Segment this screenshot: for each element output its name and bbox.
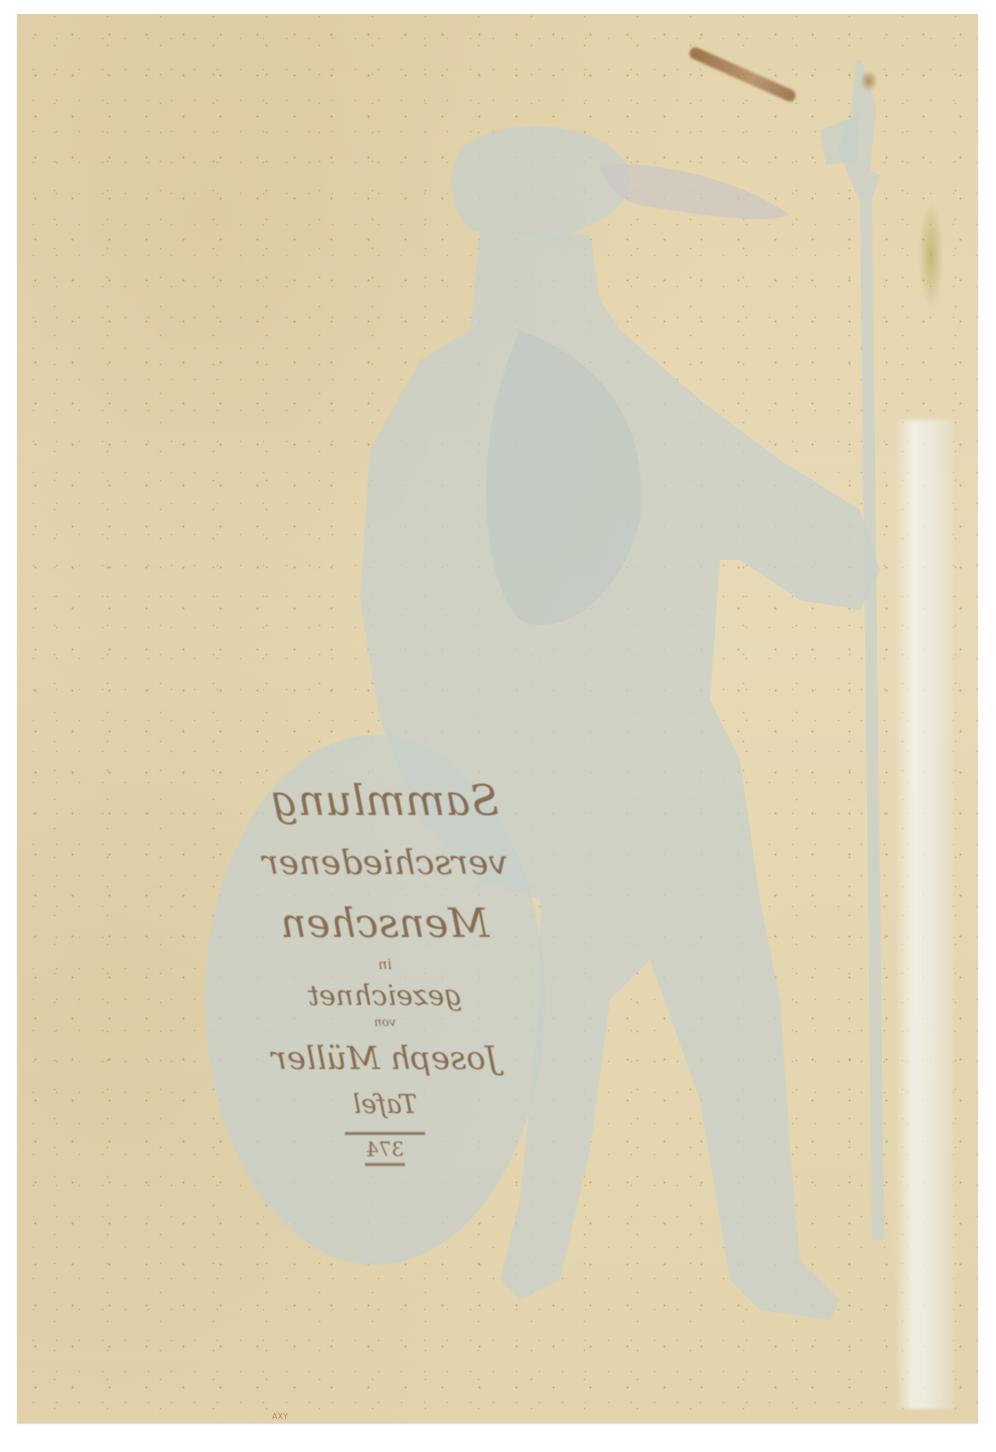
inscription-line: Menschen — [250, 904, 520, 944]
inscription-rule — [345, 1132, 425, 1135]
inscription-line: gezeichnet — [250, 982, 520, 1010]
brown-spot — [860, 70, 878, 92]
mirrored-shield-inscription: Sammlung verschiedener Menschen in gezei… — [250, 770, 520, 1220]
inscription-line: in — [250, 958, 520, 972]
inscription-line: Tafel — [250, 1092, 520, 1118]
show-through-figure — [0, 0, 996, 1452]
bottom-edge-mark: AXY — [272, 1412, 288, 1421]
inscription-line: von — [250, 1016, 520, 1028]
inscription-line: Sammlung — [250, 780, 520, 822]
repair-tape-strip — [895, 420, 955, 1409]
inscription-line: Joseph Müller — [250, 1042, 520, 1074]
plate-number: 374 — [250, 1139, 520, 1159]
inscription-line: verschiedener — [250, 846, 520, 880]
halberd — [820, 60, 884, 1240]
plumed-hat — [451, 126, 790, 240]
foxing-stain — [918, 200, 944, 310]
inscription-rule — [365, 1163, 405, 1166]
